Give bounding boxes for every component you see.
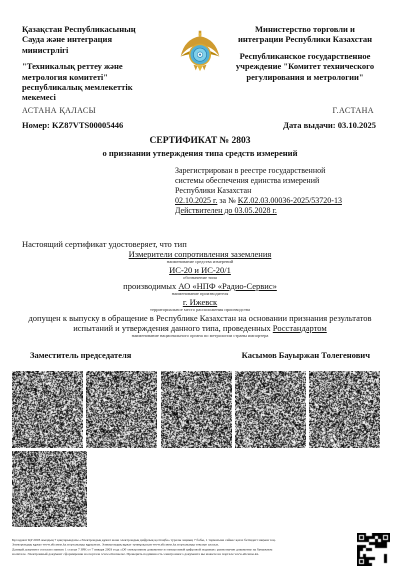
digital-signature-stamps — [12, 371, 380, 448]
valid-label: Действителен до — [175, 206, 234, 215]
committee-name-ru: Республиканское государственное учрежден… — [234, 51, 376, 82]
digital-signature-stamp-5 — [309, 371, 380, 448]
approval-org: Росстандартом — [273, 323, 327, 333]
city-row: АСТАНА ҚАЛАСЫ Г.АСТАНА — [22, 106, 374, 115]
registration-line5: Действителен до 03.05.2028 г. — [175, 206, 391, 216]
digital-signature-stamp-1 — [12, 371, 83, 448]
digital-signature-stamp-3 — [161, 371, 232, 448]
producer-name: АО «НПФ «Радио-Сервис» — [178, 281, 276, 291]
instrument-name: Измерители сопротивления заземления — [0, 249, 400, 259]
registration-block: Зарегистрирован в реестре государственно… — [175, 166, 391, 216]
ministry-name-ru: Министерство торговли и интеграции Респу… — [234, 24, 376, 45]
city-ru: Г.АСТАНА — [333, 106, 374, 115]
registration-date: 02.10.2025 г. — [175, 196, 217, 205]
digital-signature-stamp-4 — [235, 371, 306, 448]
certificate-number: Номер: KZ87VTS00005446 — [22, 120, 123, 130]
approval-paragraph: допущен к выпуску в обращение в Республи… — [20, 313, 380, 333]
intro-text: Настоящий сертификат удостоверяет, что т… — [0, 239, 400, 249]
approval-caption: наименование национального органа по мет… — [100, 333, 300, 338]
digital-signature-stamp-2 — [86, 371, 157, 448]
header-right-russian: Министерство торговли и интеграции Респу… — [234, 24, 376, 82]
registration-line2: системы обеспечения единства измерений — [175, 176, 391, 186]
title-line1: СЕРТИФИКАТ № 2803 — [0, 136, 400, 147]
location-caption: территориальное место расположения произ… — [100, 307, 300, 312]
certificate-body: Настоящий сертификат удостоверяет, что т… — [0, 239, 400, 339]
header-left-kazakh: Қазақстан Республикасының Сауда және инт… — [22, 24, 156, 103]
produced-prefix: производимых — [123, 281, 178, 291]
legal-fine-print: Бұл құжат ҚР 2003 жылдың 7 қаңтарындағы … — [12, 538, 352, 557]
digital-signature-stamp-extra — [12, 451, 87, 532]
city-kk: АСТАНА ҚАЛАСЫ — [22, 106, 96, 115]
fine-print-line4: носителе. Электронный документ сформиров… — [12, 552, 352, 557]
production-location: г. Ижевск — [0, 297, 400, 307]
registration-line3: Республики Казахстан — [175, 186, 391, 196]
signer-name: Касымов Бауыржан Толегенович — [242, 350, 370, 360]
registration-line1: Зарегистрирован в реестре государственно… — [175, 166, 391, 176]
type-designation: ИС-20 и ИС-20/1 — [0, 265, 400, 275]
signature-row: Заместитель председателя Касымов Бауыржа… — [30, 350, 370, 360]
committee-name-kk: "Техникалық реттеу және метрология комит… — [22, 61, 156, 103]
kazakhstan-emblem-icon — [177, 28, 223, 74]
signer-position: Заместитель председателя — [30, 350, 131, 360]
registration-number: KZ.02.03.00036-2025/53720-13 — [238, 196, 342, 205]
registration-line4: 02.10.2025 г. за № KZ.02.03.00036-2025/5… — [175, 196, 391, 206]
certificate-title: СЕРТИФИКАТ № 2803 о признании утверждени… — [0, 136, 400, 158]
digital-signature-stamp-6 — [12, 451, 87, 527]
producer-caption: наименование производителя — [100, 291, 300, 296]
valid-date: 03.05.2028 г. — [234, 206, 276, 215]
instrument-caption: наименование средства измерений — [100, 259, 300, 264]
certificate-page: Қазақстан Республикасының Сауда және инт… — [0, 0, 400, 566]
ministry-name-kk: Қазақстан Республикасының Сауда және инт… — [22, 24, 156, 55]
number-date-row: Номер: KZ87VTS00005446 Дата выдачи: 03.1… — [22, 120, 376, 130]
issue-date: Дата выдачи: 03.10.2025 — [283, 120, 376, 130]
title-line2: о признании утверждения типа средств изм… — [0, 148, 400, 158]
producer-line: производимых АО «НПФ «Радио-Сервис» — [0, 281, 400, 291]
registration-middle: за № — [217, 196, 237, 205]
type-caption: обозначение типа — [100, 275, 300, 280]
verification-qr-code-icon — [357, 533, 390, 566]
